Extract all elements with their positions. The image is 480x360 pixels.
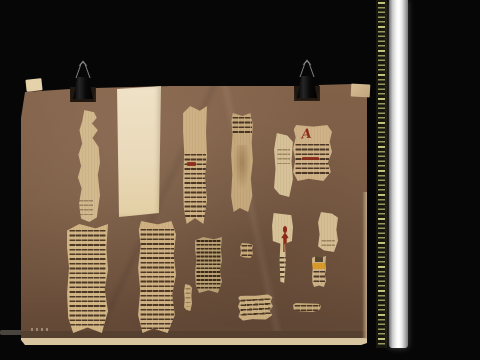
text-lines	[313, 271, 325, 285]
surface-glint	[0, 330, 24, 335]
ruler-tickmarks	[378, 2, 385, 346]
stain	[234, 145, 250, 189]
fragment-red-monogram: A	[293, 125, 332, 181]
fragment-text-line	[293, 303, 321, 312]
ruler-tick-strip	[376, 0, 387, 348]
yellow-band	[312, 263, 326, 269]
measuring-ruler	[376, 0, 408, 348]
faint-ink-marks	[277, 149, 290, 164]
fragment-text-block	[195, 237, 222, 293]
backing-sheet-corner	[25, 78, 42, 92]
fragment-yellow-band	[312, 256, 326, 287]
red-ink-mark	[302, 157, 319, 160]
text-lines	[69, 230, 106, 328]
fragment-text-piece	[237, 294, 273, 321]
binder-clip	[294, 59, 320, 99]
dense-text-lines	[196, 240, 221, 290]
text-lines	[140, 229, 174, 329]
binder-clip-body	[297, 76, 317, 98]
tape-patch	[351, 84, 371, 98]
fragment-stained-strip	[231, 113, 253, 212]
board-right-edge	[362, 192, 367, 339]
binder-clip-wire-icon	[294, 59, 320, 77]
fragment-sliver	[184, 284, 192, 311]
text-lines	[295, 144, 329, 177]
fragment-blank-small	[318, 212, 338, 252]
text-lines	[294, 305, 320, 311]
fragment-text-column-1	[67, 224, 108, 333]
photograph-papyrus-mount: A	[0, 0, 480, 360]
text-lines	[232, 117, 252, 134]
fragment-small-blank	[274, 133, 293, 197]
ruler-bar	[389, 0, 408, 348]
cream-backing-strip	[117, 86, 161, 217]
board-cream-edge	[21, 338, 367, 345]
fragment-text-strip	[183, 106, 207, 224]
red-monogram: A	[299, 127, 313, 143]
faint-ink-marks	[185, 288, 191, 307]
fragment-text-column-2	[138, 221, 176, 333]
red-ink-mark	[187, 162, 196, 166]
pencil-inscription	[31, 328, 49, 331]
binder-clip-wire-icon	[70, 60, 96, 78]
binder-clip	[70, 60, 96, 100]
faint-ink-marks	[321, 240, 335, 249]
fragment-tiny-text	[240, 243, 253, 258]
text-lines	[241, 245, 252, 256]
binder-clip-body	[73, 77, 93, 99]
text-lines	[240, 298, 272, 316]
